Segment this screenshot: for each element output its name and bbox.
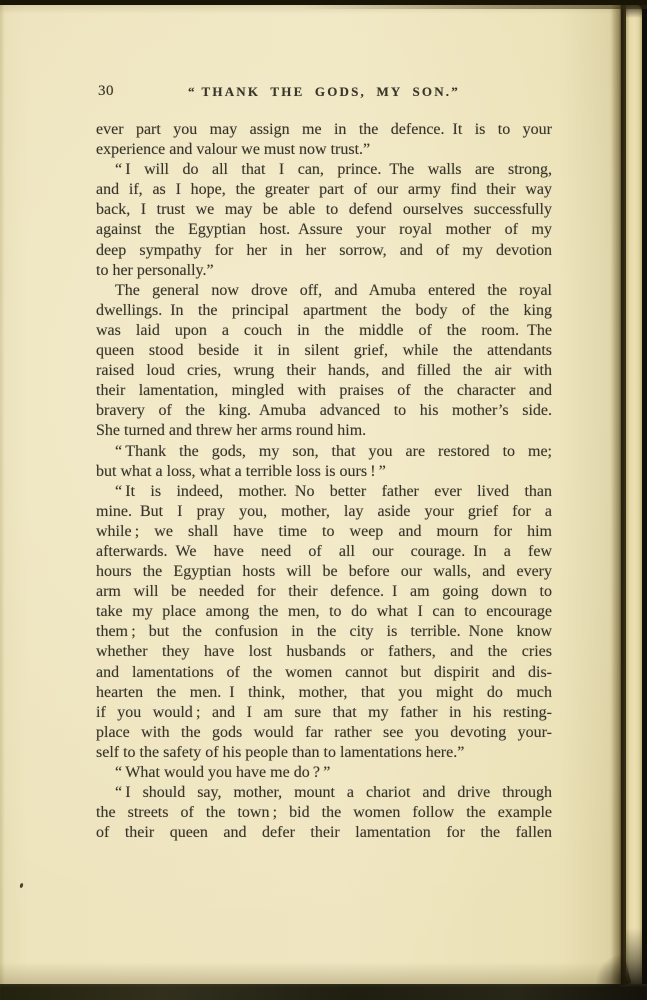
text-line: experience and valour we must now trust.… — [96, 140, 552, 160]
text-line: take my place among the men, to do what … — [96, 602, 552, 622]
text-line: arm will be needed for their defence. I … — [96, 582, 552, 602]
text-line: to her personally.” — [96, 261, 552, 281]
text-line: back, I trust we may be able to defend o… — [96, 200, 552, 220]
text-line: “ Thank the gods, my son, that you are r… — [96, 442, 552, 462]
next-page-edge — [626, 4, 642, 986]
text-line: hours the Egyptian hosts will be before … — [96, 562, 552, 582]
text-line: and if, as I hope, the greater part of o… — [96, 180, 552, 200]
text-line: queen stood beside it in silent grief, w… — [96, 341, 552, 361]
text-line: place with the gods would far rather see… — [96, 723, 552, 743]
text-line: was laid upon a couch in the middle of t… — [96, 321, 552, 341]
text-line: dwellings. In the principal apartment th… — [96, 301, 552, 321]
text-line: “ What would you have me do ? ” — [96, 763, 552, 783]
chapter-running-title: “ THANK THE GODS, MY SON.” — [96, 84, 552, 100]
text-line: bravery of the king. Amuba advanced to h… — [96, 401, 552, 421]
text-line: whether they have lost husbands or fathe… — [96, 642, 552, 662]
text-line: of their queen and defer their lamentati… — [96, 823, 552, 843]
text-line: “ It is indeed, mother. No better father… — [96, 482, 552, 502]
text-line: them ; but the confusion in the city is … — [96, 622, 552, 642]
scan-right-border — [642, 0, 647, 1000]
text-line: She turned and threw her arms round him. — [96, 421, 552, 441]
text-line: their lamentation, mingled with praises … — [96, 381, 552, 401]
text-line: “ I will do all that I can, prince. The … — [96, 160, 552, 180]
scan-bottom-border — [0, 984, 647, 1000]
page-body-text: ever part you may assign me in the defen… — [96, 120, 552, 843]
text-line: mine. But I pray you, mother, lay aside … — [96, 502, 552, 522]
text-line: if you would ; and I am sure that my fat… — [96, 703, 552, 723]
text-line: hearten the men. I think, mother, that y… — [96, 683, 552, 703]
text-line: the streets of the town ; bid the women … — [96, 803, 552, 823]
text-line: while ; we shall have time to weep and m… — [96, 522, 552, 542]
text-line: and lamentations of the women cannot but… — [96, 663, 552, 683]
page-top-curl-shadow — [300, 5, 647, 9]
text-line: The general now drove off, and Amuba ent… — [96, 281, 552, 301]
book-scan: 30 “ THANK THE GODS, MY SON.” ever part … — [0, 0, 647, 1000]
text-line: ever part you may assign me in the defen… — [96, 120, 552, 140]
text-line: self to the safety of his people than to… — [96, 743, 552, 763]
text-line: but what a loss, what a terrible loss is… — [96, 462, 552, 482]
text-line: deep sympathy for her in her sorrow, and… — [96, 241, 552, 261]
text-line: afterwards. We have need of all our cour… — [96, 542, 552, 562]
text-line: “ I should say, mother, mount a chariot … — [96, 783, 552, 803]
page-gutter-crease — [611, 4, 627, 984]
text-line: raised loud cries, wrung their hands, an… — [96, 361, 552, 381]
text-line: against the Egyptian host. Assure your r… — [96, 220, 552, 240]
running-header: 30 “ THANK THE GODS, MY SON.” — [96, 83, 552, 101]
